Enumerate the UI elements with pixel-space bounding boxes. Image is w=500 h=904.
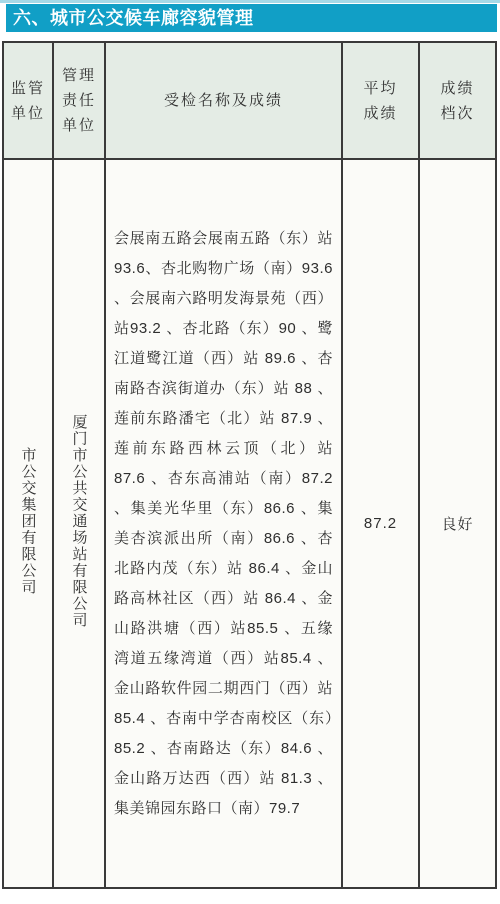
col-header-management-unit: 管理 责任 单位: [53, 42, 105, 159]
management-unit-text: 厦门市公共交通场站有限公司: [72, 414, 87, 629]
cell-supervising-unit: 市公交集团有限公司: [3, 159, 53, 888]
section-title: 六、城市公交候车廊容貌管理: [13, 8, 254, 28]
col-header-score-grade: 成绩 档次: [419, 42, 496, 159]
inspection-details-text: 会展南五路会展南五路（东）站93.6、杏北购物广场（南）93.6 、会展南六路明…: [114, 224, 333, 824]
cell-score-grade: 良好: [419, 159, 496, 888]
col-header-average-score: 平均 成绩: [342, 42, 419, 159]
supervising-unit-text: 市公交集团有限公司: [21, 447, 36, 596]
inspection-table: 监管 单位 管理 责任 单位 受检名称及成绩 平均 成绩 成绩 档次 市公交集团…: [2, 41, 497, 889]
table-row: 市公交集团有限公司 厦门市公共交通场站有限公司 会展南五路会展南五路（东）站93…: [3, 159, 496, 888]
score-grade-value: 良好: [441, 516, 473, 533]
cell-management-unit: 厦门市公共交通场站有限公司: [53, 159, 105, 888]
cell-inspection-details: 会展南五路会展南五路（东）站93.6、杏北购物广场（南）93.6 、会展南六路明…: [105, 159, 342, 888]
top-accent-strip: [0, 0, 500, 3]
col-header-inspection-names-scores: 受检名称及成绩: [105, 42, 342, 159]
section-title-bar: 六、城市公交候车廊容貌管理: [6, 4, 497, 32]
average-score-value: 87.2: [364, 515, 397, 532]
page: 六、城市公交候车廊容貌管理 监管 单位 管理 责任 单位 受检名称及成绩 平均 …: [0, 0, 500, 904]
cell-average-score: 87.2: [342, 159, 419, 888]
col-header-supervising-unit: 监管 单位: [3, 42, 53, 159]
table-header-row: 监管 单位 管理 责任 单位 受检名称及成绩 平均 成绩 成绩 档次: [3, 42, 496, 159]
